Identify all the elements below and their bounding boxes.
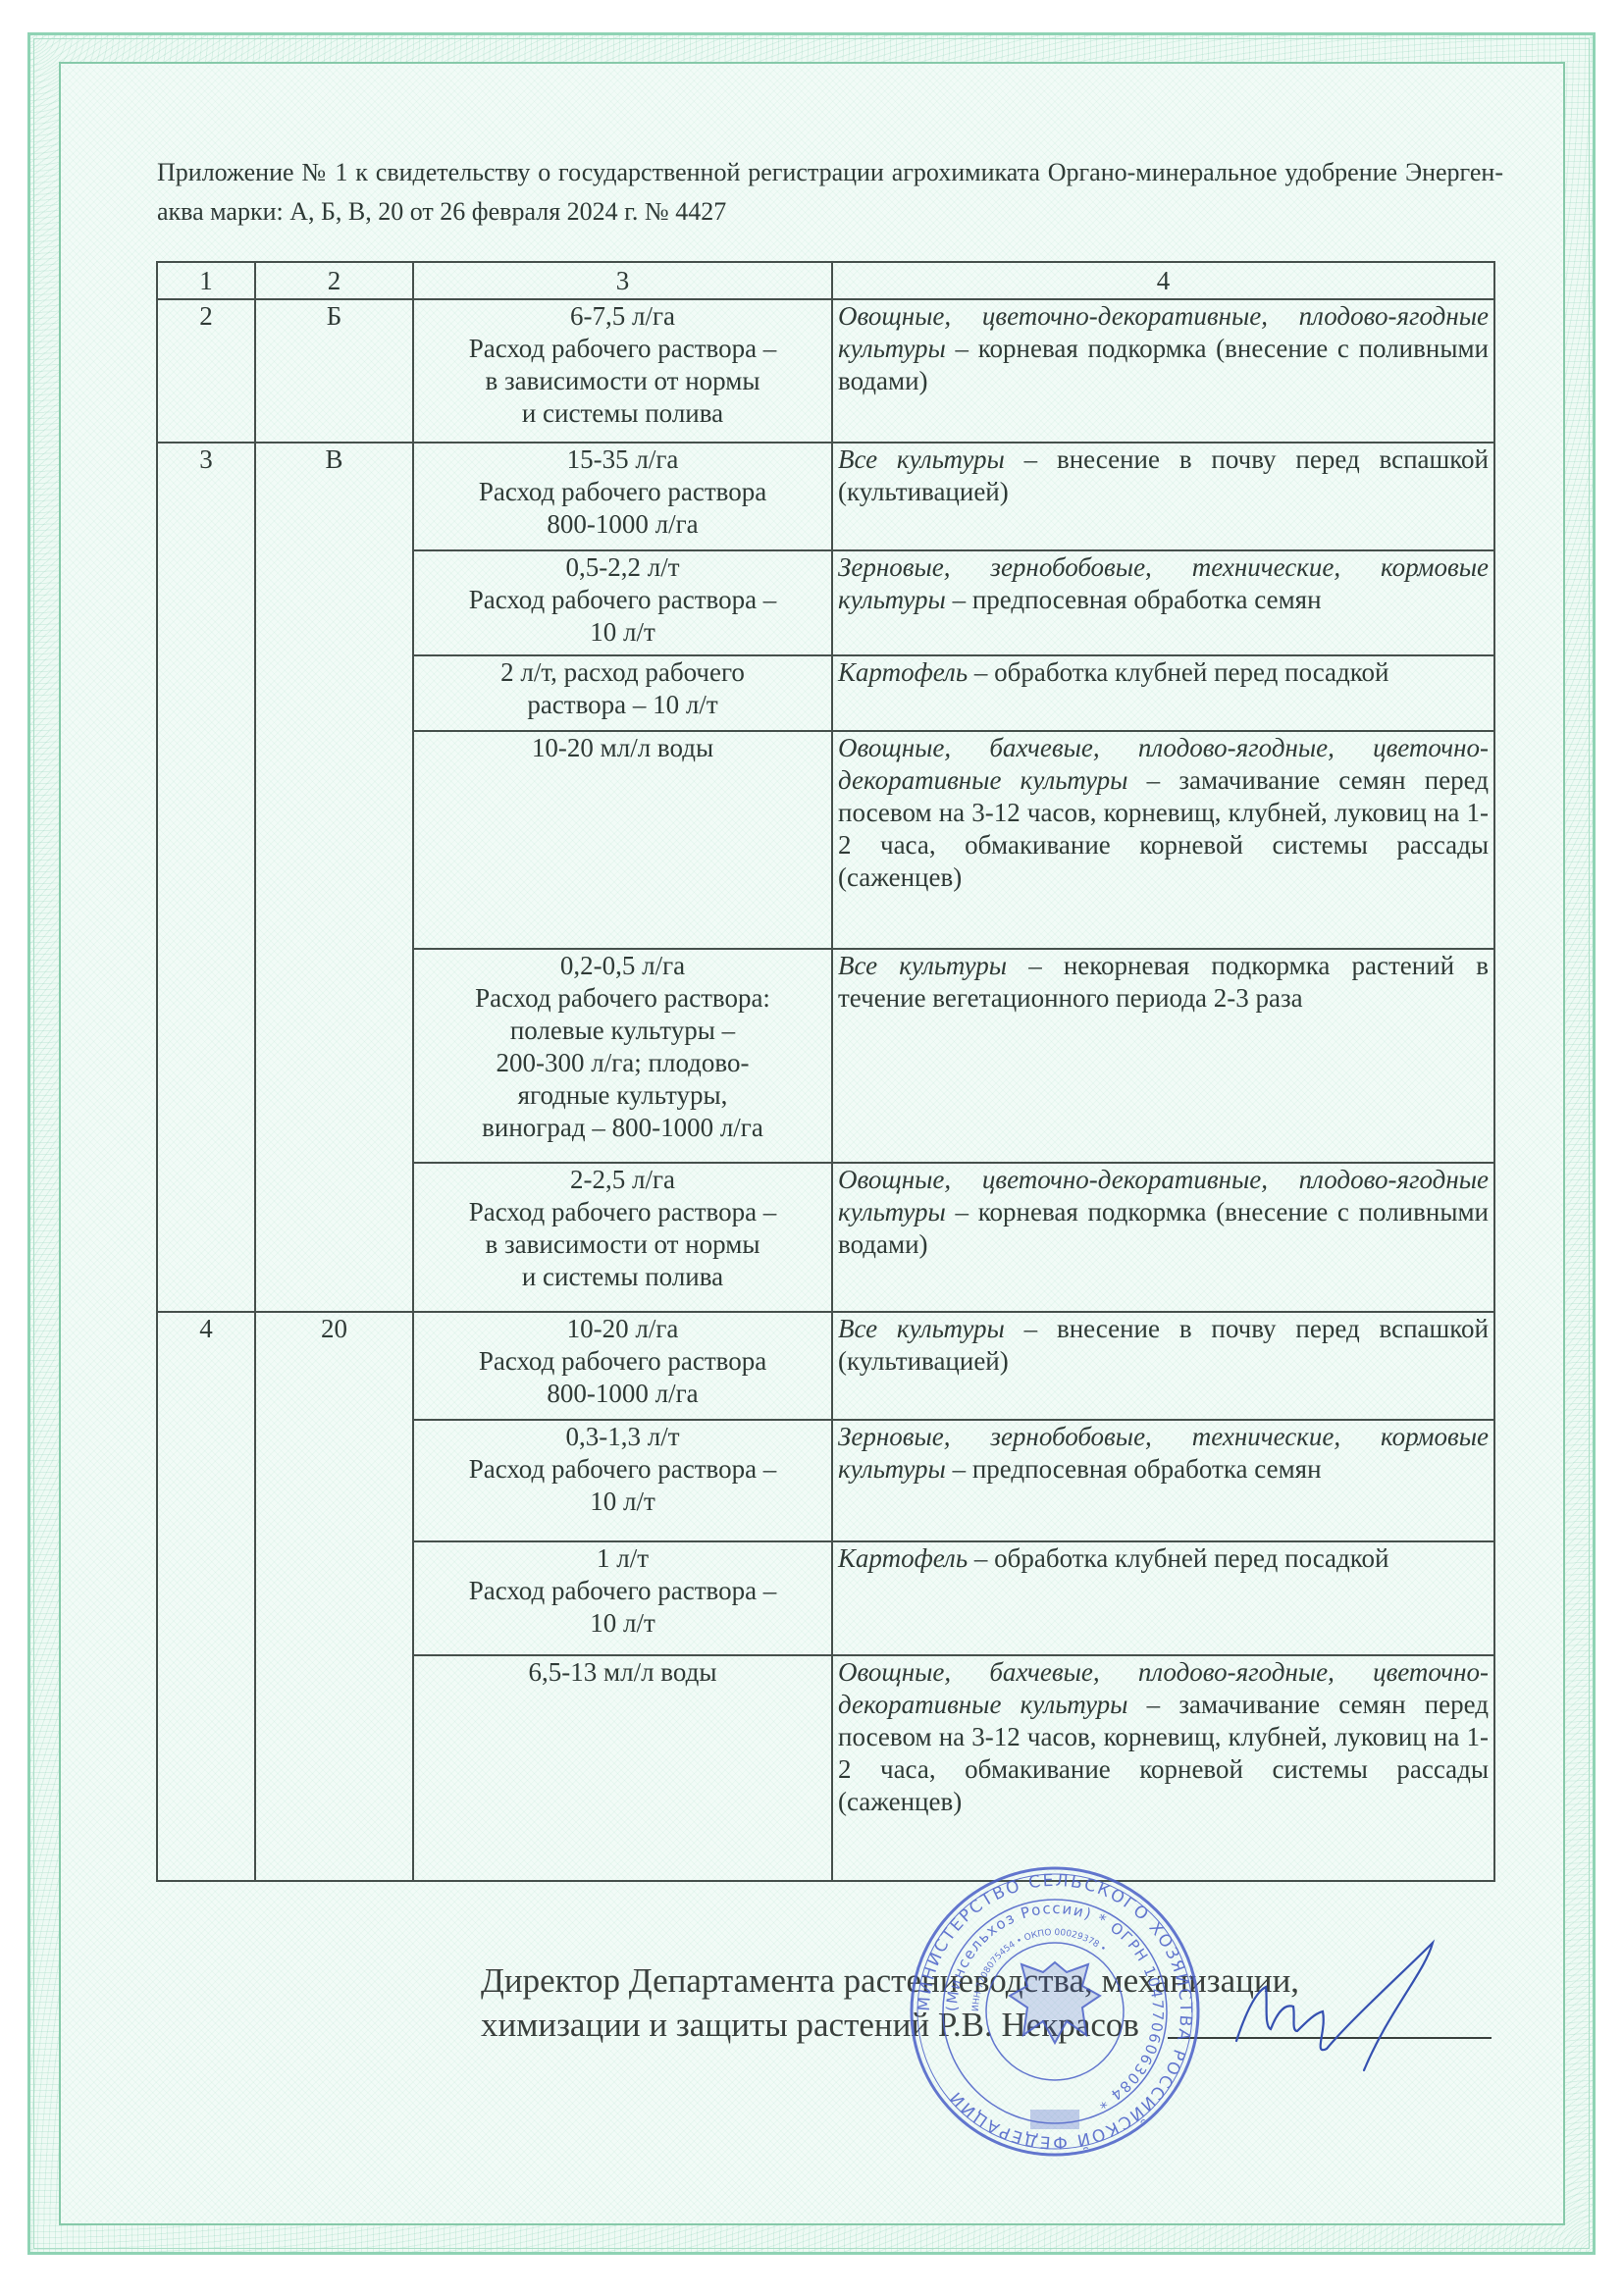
dose-line: 10-20 л/га — [419, 1313, 826, 1345]
grade-cell: В — [255, 443, 413, 1312]
dose-line: 0,5-2,2 л/т — [419, 551, 826, 584]
dose-line: Расход рабочего раствора – — [419, 1575, 826, 1607]
dose-line: 10 л/т — [419, 616, 826, 649]
dose-line: 200-300 л/га; плодово- — [419, 1047, 826, 1079]
application-cell: Все культуры – внесение в почву перед вс… — [832, 443, 1494, 550]
document-title: Приложение № 1 к свидетельству о государ… — [157, 153, 1503, 232]
dose-line: 1 л/т — [419, 1542, 826, 1575]
table-header-row: 1 2 3 4 — [157, 262, 1494, 299]
dose-line: 0,2-0,5 л/га — [419, 950, 826, 982]
dose-line: Расход рабочего раствора – — [419, 1196, 826, 1228]
dose-cell: 0,5-2,2 л/тРасход рабочего раствора –10 … — [413, 550, 832, 655]
table-body: 2Б6-7,5 л/гаРасход рабочего раствора –в … — [157, 299, 1494, 1881]
signature-block: Директор Департамента растениеводства, м… — [481, 1958, 1299, 2047]
dose-cell: 15-35 л/гаРасход рабочего раствора800-10… — [413, 443, 832, 550]
application-cell: Картофель – обработка клубней перед поса… — [832, 1541, 1494, 1655]
dose-cell: 0,3-1,3 л/тРасход рабочего раствора –10 … — [413, 1420, 832, 1541]
table-row: 42010-20 л/гаРасход рабочего раствора800… — [157, 1312, 1494, 1420]
dose-line: Расход рабочего раствора – — [419, 1453, 826, 1486]
dose-line: 6,5-13 мл/л воды — [419, 1656, 826, 1689]
dose-line: 10 л/т — [419, 1607, 826, 1640]
application-cell: Овощные, бахчевые, плодово-ягодные, цвет… — [832, 731, 1494, 949]
dose-cell: 2-2,5 л/гаРасход рабочего раствора –в за… — [413, 1163, 832, 1312]
dose-line: 800-1000 л/га — [419, 508, 826, 541]
column-header: 4 — [832, 262, 1494, 299]
dose-line: ягодные культуры, — [419, 1079, 826, 1112]
application-cell: Все культуры – некорневая подкормка раст… — [832, 949, 1494, 1163]
crop-names: Картофель — [838, 1543, 968, 1573]
dose-line: и системы полива — [419, 397, 826, 430]
application-cell: Зерновые, зернобобовые, технические, кор… — [832, 550, 1494, 655]
dose-cell: 0,2-0,5 л/гаРасход рабочего раствора:пол… — [413, 949, 832, 1163]
dose-line: 800-1000 л/га — [419, 1378, 826, 1410]
dose-line: Расход рабочего раствора – — [419, 584, 826, 616]
dose-line: 6-7,5 л/га — [419, 300, 826, 333]
application-cell: Овощные, цветочно-декоративные, плодово-… — [832, 1163, 1494, 1312]
grade-cell: Б — [255, 299, 413, 443]
crop-names: Картофель — [838, 657, 968, 687]
dose-line: 2-2,5 л/га — [419, 1164, 826, 1196]
application-method: – предпосевная обработка семян — [946, 585, 1322, 614]
application-cell: Картофель – обработка клубней перед поса… — [832, 655, 1494, 731]
dose-line: Расход рабочего раствора: — [419, 982, 826, 1015]
dose-cell: 6-7,5 л/гаРасход рабочего раствора –в за… — [413, 299, 832, 443]
dose-line: и системы полива — [419, 1261, 826, 1293]
dose-line: 0,3-1,3 л/т — [419, 1421, 826, 1453]
dose-line: 10 л/т — [419, 1486, 826, 1518]
dose-line: 2 л/т, расход рабочего — [419, 656, 826, 689]
signatory-name: химизации и защиты растений Р.В. Некрасо… — [481, 2003, 1299, 2047]
column-header: 3 — [413, 262, 832, 299]
row-number-cell: 2 — [157, 299, 255, 443]
table-row: 2Б6-7,5 л/гаРасход рабочего раствора –в … — [157, 299, 1494, 443]
dose-line: в зависимости от нормы — [419, 365, 826, 397]
dose-line: в зависимости от нормы — [419, 1228, 826, 1261]
crop-names: Все культуры — [838, 951, 1007, 980]
dose-cell: 6,5-13 мл/л воды — [413, 1655, 832, 1881]
application-method: – обработка клубней перед посадкой — [968, 657, 1388, 687]
column-header: 1 — [157, 262, 255, 299]
table-row: 3В15-35 л/гаРасход рабочего раствора800-… — [157, 443, 1494, 550]
column-header: 2 — [255, 262, 413, 299]
application-cell: Зерновые, зернобобовые, технические, кор… — [832, 1420, 1494, 1541]
registration-table: 1 2 3 4 2Б6-7,5 л/гаРасход рабочего раст… — [156, 261, 1495, 1882]
application-method: – предпосевная обработка семян — [946, 1454, 1322, 1484]
signatory-title: Директор Департамента растениеводства, м… — [481, 1958, 1299, 2003]
dose-cell: 2 л/т, расход рабочегораствора – 10 л/т — [413, 655, 832, 731]
dose-line: Расход рабочего раствора — [419, 1345, 826, 1378]
application-cell: Овощные, цветочно-декоративные, плодово-… — [832, 299, 1494, 443]
crop-names: Все культуры — [838, 1314, 1005, 1343]
dose-line: 10-20 мл/л воды — [419, 732, 826, 764]
dose-cell: 10-20 мл/л воды — [413, 731, 832, 949]
dose-cell: 1 л/тРасход рабочего раствора –10 л/т — [413, 1541, 832, 1655]
row-number-cell: 3 — [157, 443, 255, 1312]
dose-line: полевые культуры – — [419, 1015, 826, 1047]
grade-cell: 20 — [255, 1312, 413, 1881]
application-method: – обработка клубней перед посадкой — [968, 1543, 1388, 1573]
signature-line — [1168, 2037, 1492, 2039]
crop-names: Все культуры — [838, 444, 1005, 474]
application-cell: Все культуры – внесение в почву перед вс… — [832, 1312, 1494, 1420]
row-number-cell: 4 — [157, 1312, 255, 1881]
dose-line: виноград – 800-1000 л/га — [419, 1112, 826, 1144]
application-cell: Овощные, бахчевые, плодово-ягодные, цвет… — [832, 1655, 1494, 1881]
dose-line: 15-35 л/га — [419, 444, 826, 476]
dose-line: Расход рабочего раствора – — [419, 333, 826, 365]
dose-cell: 10-20 л/гаРасход рабочего раствора800-10… — [413, 1312, 832, 1420]
dose-line: раствора – 10 л/т — [419, 689, 826, 721]
dose-line: Расход рабочего раствора — [419, 476, 826, 508]
